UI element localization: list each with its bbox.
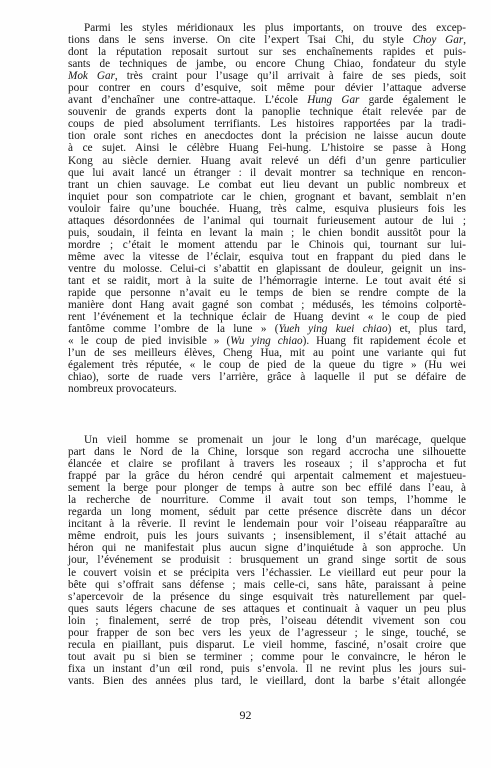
text-line: rent l’événement et la technique éclair … bbox=[68, 311, 466, 323]
text-line: rapide que personne n’avait eu le temps … bbox=[68, 287, 466, 299]
text-line: nombreux provocateurs. bbox=[68, 383, 466, 395]
text-line: tout avait pu si bien se terminer ; comm… bbox=[68, 651, 466, 663]
text-line: tions dans le sens inverse. On cite l’ex… bbox=[68, 34, 466, 46]
text-line: sants de techniques de jambe, ou encore … bbox=[68, 58, 466, 70]
text-line: héron qui ne manifestait plus aucun sign… bbox=[68, 542, 466, 554]
text-line: chiao), sorte de ruade vers l’arrière, g… bbox=[68, 371, 466, 383]
text-line: vouloir faire qu’une bouchée. Huang, trè… bbox=[68, 203, 466, 215]
text-line: même avec la vitesse de l’éclair, esquiv… bbox=[68, 251, 466, 263]
text-line: Un vieil homme se promenait un jour le l… bbox=[68, 434, 466, 446]
paragraph-kicks: Parmi les styles méridionaux les plus im… bbox=[68, 22, 466, 395]
text-line: élancée et claire se profilant à travers… bbox=[68, 458, 466, 470]
text-line: coups de pied absolument terrifiants. Le… bbox=[68, 118, 466, 130]
text-line: même endroit, puis les jours suivants ; … bbox=[68, 530, 466, 542]
page-number: 92 bbox=[0, 708, 491, 723]
text-line: manière dont Hang avait gagné son combat… bbox=[68, 299, 466, 311]
paragraph-heron: Un vieil homme se promenait un jour le l… bbox=[68, 434, 466, 687]
text-line: recula en piaillant, puis disparut. Le v… bbox=[68, 639, 466, 651]
text-line: s’apercevoir de la présence du singe esq… bbox=[68, 591, 466, 603]
italic-term: Hung Gar bbox=[307, 94, 359, 106]
text-line: vants. Bien des années plus tard, le vie… bbox=[68, 675, 466, 687]
text-line: souvenir de grands experts dont la panop… bbox=[68, 106, 466, 118]
text-line: pour frapper de son bec vers les yeux de… bbox=[68, 627, 466, 639]
italic-term: Choy Gar bbox=[413, 34, 463, 46]
text-line: le couvert voisin et se précipita vers l… bbox=[68, 567, 466, 579]
text-line: avant d’enchaîner une contre-attaque. L’… bbox=[68, 94, 466, 106]
italic-term: Mok Gar bbox=[68, 70, 115, 82]
book-page: Parmi les styles méridionaux les plus im… bbox=[0, 0, 491, 768]
text-line: la recherche de nourriture. Comme il ava… bbox=[68, 494, 466, 506]
italic-term: Wu ying chiao bbox=[230, 335, 302, 347]
text-line: puis, soudain, il feinta en levant la ma… bbox=[68, 227, 466, 239]
text-line: Kong au siècle dernier. Huang avait rele… bbox=[68, 155, 466, 167]
italic-term: Yueh ying kuei chiao bbox=[279, 323, 388, 335]
text-line: regarda un long moment, séduit par cette… bbox=[68, 506, 466, 518]
text-line: loin ; finalement, serré de trop près, l… bbox=[68, 615, 466, 627]
text-line: Parmi les styles méridionaux les plus im… bbox=[68, 22, 466, 34]
text-line: l’un de ses meilleurs élèves, Cheng Hua,… bbox=[68, 347, 466, 359]
text-line: bête qui s’offrait sans défense ; mais c… bbox=[68, 579, 466, 591]
text-line: inquiet pour son compatriote car le chie… bbox=[68, 191, 466, 203]
text-line: ques sauts légers chacune de ses attaque… bbox=[68, 603, 466, 615]
text-line: trant un chien sauvage. Le combat eut li… bbox=[68, 179, 466, 191]
text-line: également très réputée, « le coup de pie… bbox=[68, 359, 466, 371]
text-line: jour, l’événement se produisit : brusque… bbox=[68, 554, 466, 566]
text-line: part dans le Nord de la Chine, lorsque s… bbox=[68, 446, 466, 458]
text-line: à ce sujet. Ainsi le célèbre Huang Fei-h… bbox=[68, 142, 466, 154]
text-line: fantôme comme l’ombre de la lune » (Yueh… bbox=[68, 323, 466, 335]
text-line: sement la berge pour plonger de temps à … bbox=[68, 482, 466, 494]
text-line: attaques désordonnées de l’animal qui to… bbox=[68, 215, 466, 227]
text-line: Mok Gar, très craint pour l’usage qu’il … bbox=[68, 70, 466, 82]
text-line: frappé par la grâce du héron cendré qui … bbox=[68, 470, 466, 482]
text-line: dont la réputation reposait surtout sur … bbox=[68, 46, 466, 58]
text-line: tion orale sont riches en anecdoctes don… bbox=[68, 130, 466, 142]
text-line: tant et se raidit, mort à la suite de l’… bbox=[68, 275, 466, 287]
text-line: fixa un instant d’un œil rond, puis s’en… bbox=[68, 663, 466, 675]
text-line: mordre ; c’était le moment attendu par l… bbox=[68, 239, 466, 251]
text-line: pour contrer en cours d’esquive, soit mê… bbox=[68, 82, 466, 94]
text-line: « le coup de pied invisible » (Wu ying c… bbox=[68, 335, 466, 347]
text-line: ventre du molosse. Celui-ci s’abattit en… bbox=[68, 263, 466, 275]
text-line: que lui avait lancé un étranger : il dev… bbox=[68, 167, 466, 179]
text-line: incitant à la rêverie. Il revint le lend… bbox=[68, 518, 466, 530]
